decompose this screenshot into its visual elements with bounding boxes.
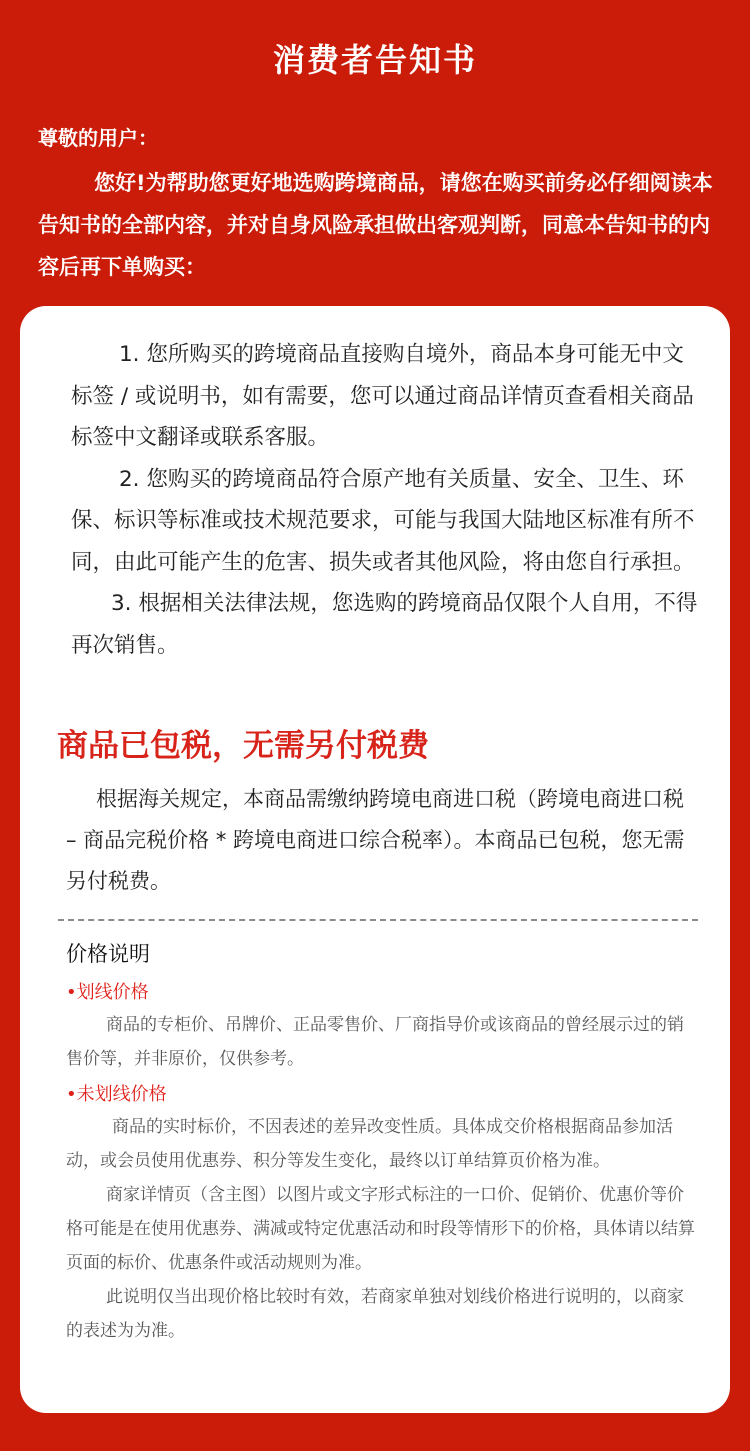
- intro-paragraph: 您好!为帮助您更好地选购跨境商品，请您在购买前务必仔细阅读本告知书的全部内容，并…: [38, 162, 718, 288]
- dashed-divider: [58, 919, 698, 921]
- notice-item-2: 2. 您购买的跨境商品符合原产地有关质量、安全、卫生、环保、标识等标准或技术规范…: [71, 459, 701, 584]
- tax-heading: 商品已包税，无需另付税费: [57, 724, 429, 768]
- page-title: 消费者告知书: [0, 38, 750, 82]
- non-strikethrough-price-body-2: 商家详情页（含主图）以图片或文字形式标注的一口价、促销价、优惠价等价格可能是在使…: [66, 1178, 696, 1280]
- strikethrough-price-body: 商品的专柜价、吊牌价、正品零售价、厂商指导价或该商品的曾经展示过的销售价等，并非…: [66, 1008, 696, 1076]
- notice-item-1: 1. 您所购买的跨境商品直接购自境外，商品本身可能无中文标签 / 或说明书，如有…: [71, 334, 701, 459]
- price-section-title: 价格说明: [66, 939, 150, 969]
- non-strikethrough-price-body-3: 此说明仅当出现价格比较时有效，若商家单独对划线价格进行说明的，以商家的表述为为准…: [66, 1280, 696, 1348]
- non-strikethrough-price-label: •未划线价格: [66, 1080, 696, 1110]
- notice-item-3: 3. 根据相关法律法规，您选购的跨境商品仅限个人自用，不得再次销售。: [71, 583, 701, 666]
- non-strikethrough-price-body-1: 商品的实时标价，不因表述的差异改变性质。具体成交价格根据商品参加活动，或会员使用…: [66, 1110, 696, 1178]
- strikethrough-price-label: •划线价格: [66, 978, 696, 1008]
- greeting: 尊敬的用户：: [38, 124, 158, 152]
- price-section: •划线价格 商品的专柜价、吊牌价、正品零售价、厂商指导价或该商品的曾经展示过的销…: [66, 978, 696, 1348]
- notice-list: 1. 您所购买的跨境商品直接购自境外，商品本身可能无中文标签 / 或说明书，如有…: [71, 334, 701, 666]
- tax-body: 根据海关规定，本商品需缴纳跨境电商进口税（跨境电商进口税 – 商品完税价格 * …: [66, 779, 696, 902]
- notice-card: 1. 您所购买的跨境商品直接购自境外，商品本身可能无中文标签 / 或说明书，如有…: [20, 306, 730, 1413]
